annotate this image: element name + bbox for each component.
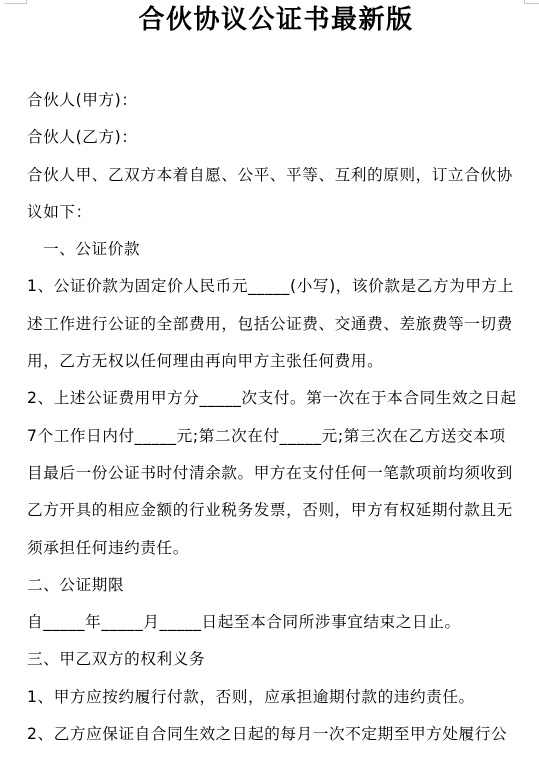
clause-1-2-line-5: 须承担任何违约责任。 — [27, 530, 527, 567]
clause-1-1-line-2: 述工作进行公证的全部费用，包括公证费、交通费、差旅费等一切费 — [27, 306, 527, 343]
document-title: 合伙协议公证书最新版 — [0, 4, 539, 36]
clause-3-2-line-1: 2、乙方应保证自合同生效之日起的每月一次不定期至甲方处履行公 — [27, 716, 527, 753]
clause-1-2-line-3: 目最后一份公证书时付清余款。甲方在支付任何一笔款项前均须收到 — [27, 455, 527, 492]
clause-1-2-line-2: 7个工作日内付_____元;第二次在付_____元;第三次在乙方送交本项 — [27, 418, 527, 455]
section-heading-3: 三、甲乙双方的权利义务 — [27, 641, 527, 678]
party-b-field: 合伙人(乙方)： — [27, 119, 527, 156]
intro-paragraph-line-1: 合伙人甲、乙双方本着自愿、公平、平等、互利的原则，订立合伙协 — [27, 157, 527, 194]
term-period-line: 自_____年_____月_____日起至本合同所涉事宜结束之日止。 — [27, 604, 527, 641]
section-heading-1: 一、公证价款 — [27, 231, 527, 268]
clause-1-2-line-1: 2、上述公证费用甲方分_____次支付。第一次在于本合同生效之日起 — [27, 380, 527, 417]
document-page: 合伙协议公证书最新版 合伙人(甲方)： 合伙人(乙方)： 合伙人甲、乙双方本着自… — [0, 0, 539, 762]
clause-1-1-line-1: 1、公证价款为固定价人民币元_____(小写)，该价款是乙方为甲方上 — [27, 268, 527, 305]
section-heading-2: 二、公证期限 — [27, 567, 527, 604]
clause-1-1-line-3: 用，乙方无权以任何理由再向甲方主张任何费用。 — [27, 343, 527, 380]
clause-1-2-line-4: 乙方开具的相应金额的行业税务发票，否则，甲方有权延期付款且无 — [27, 492, 527, 529]
intro-paragraph-line-2: 议如下： — [27, 194, 527, 231]
party-a-field: 合伙人(甲方)： — [27, 82, 527, 119]
document-body: 合伙人(甲方)： 合伙人(乙方)： 合伙人甲、乙双方本着自愿、公平、平等、互利的… — [27, 82, 527, 753]
clause-3-1-line-1: 1、甲方应按约履行付款，否则，应承担逾期付款的违约责任。 — [27, 679, 527, 716]
